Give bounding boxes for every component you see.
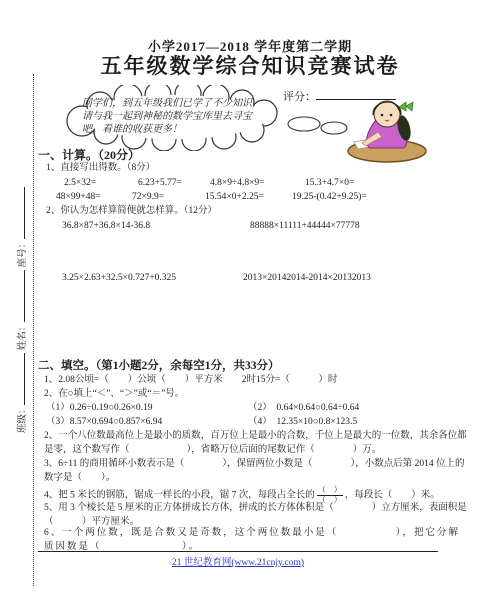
math-problem: 2013×20142014-2014×20132013 <box>243 272 371 286</box>
name-blank <box>14 270 25 322</box>
exam-paper-page: 班级： 姓名： 座号： 小学2017—2018 学年度第二学期 五年级数学综合知… <box>0 0 500 612</box>
math-problem: 6.23+5.77= <box>138 177 182 191</box>
fill-item: 5、用 3 个棱长是 5 厘米的正方体拼成长方体，拼成的长方体体积是（ ）立方厘… <box>44 502 468 529</box>
math-problem: 4.8×9÷4.8×9= <box>210 177 265 191</box>
math-problem: 3.25×2.63+32.5×0.727+0.325 <box>62 272 176 286</box>
math-problem: 19.25-(0.42+9.25)= <box>292 191 367 205</box>
fill-item: 6、一个两位数，既是合数又是奇数，这个两位数最小是（ ），把它分解质因数是（ ）… <box>44 527 468 554</box>
binding-dotted-line <box>33 74 34 586</box>
seat-blank <box>14 187 25 239</box>
fraction-question-after: ，每段长（ ）米。 <box>345 490 440 500</box>
fill-item: 1、2.08公顷=（ ）公顷（ ）平方米 2时15分=（ ）时 <box>44 374 337 388</box>
math-problem: 15.54×0+2.25= <box>205 191 264 205</box>
fraction-question-before: 4、把 5 米长的钢筋，锯成一样长的小段，锯 7 次，每段占全长的 <box>44 490 315 500</box>
math-problem: 72×9.9= <box>132 191 164 205</box>
footer-site-link[interactable]: 21 世纪教育网(www.21cnjy.com) <box>38 554 438 568</box>
class-label: 班级： <box>18 405 28 434</box>
footer-divider <box>38 551 438 552</box>
class-blank <box>14 353 25 405</box>
fill-item: 2、在○填上“＜”、“＞”或“＝”号。 <box>44 388 184 402</box>
fill-item: 2、一个八位数最高位上是最小的质数，百万位上是最小的合数，千位上是最大的一位数，… <box>44 430 468 457</box>
compare-item: （1）0.26÷0.19○0.26×0.19 <box>46 402 153 416</box>
compare-item: （2） 0.64×0.64○0.64÷0.64 <box>248 402 359 416</box>
compare-item: （3）8.57×0.694○0.857×6.94 <box>46 416 162 430</box>
name-label: 姓名： <box>18 322 28 351</box>
margin-id-fields: 班级： 姓名： 座号： <box>14 170 30 450</box>
math-problem: 36.8×87+36.8×14-36.8 <box>62 220 150 234</box>
girl-illustration <box>346 92 428 164</box>
math-problem: 15.3+4.7×0= <box>305 177 354 191</box>
fill-item: 3、6÷11 的商用循环小数表示是（ ），保留两位小数是（ ），小数点后第 20… <box>44 458 468 485</box>
bubble-text: 同学们，到五年级我们已学了不少知识，请与我一起到神秘的数学宝库里去寻宝吧，看谁的… <box>82 97 270 136</box>
math-problem: 2.5×32= <box>64 177 96 191</box>
seat-label: 座号： <box>18 239 28 268</box>
section1-title: 一、计算。（20分） <box>38 146 140 163</box>
math-problem: 88888×11111+44444×77778 <box>250 220 360 234</box>
section1-q2-title: 2、你认为怎样算简便就怎样算。（12分） <box>46 205 217 219</box>
section2-title: 二、填空。（第1小题2分，余每空1分，共33分） <box>38 357 280 373</box>
exam-title: 五年级数学综合知识竞赛试卷 <box>38 50 462 80</box>
section1-q1-title: 1、直接写出得数。（8分） <box>46 162 155 176</box>
math-problem: 48×99+48= <box>56 191 101 205</box>
compare-item: （4） 12.35×10○0.8×123.5 <box>248 416 357 430</box>
